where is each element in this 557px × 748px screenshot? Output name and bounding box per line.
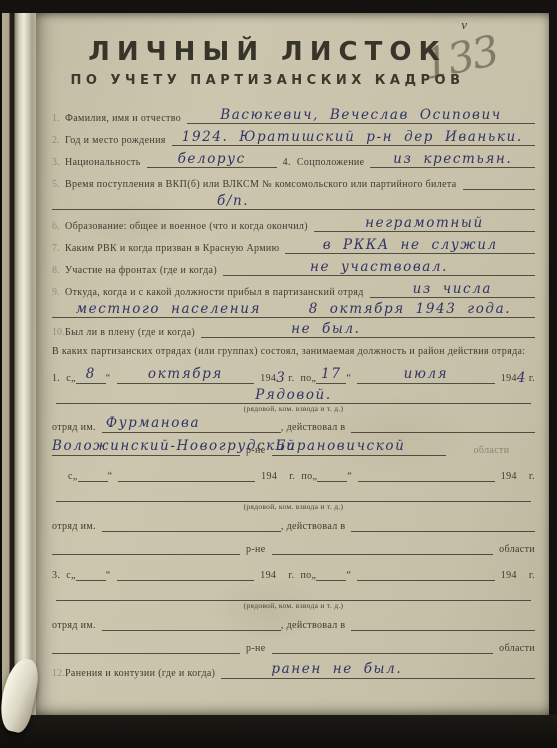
entry1-unit: отряд им. Фурманова , действовал в <box>52 413 535 433</box>
field-arrival-label: Откуда, когда и с какой должности прибыл… <box>65 287 364 298</box>
entry1-rank-line: Рядовой. <box>56 384 531 404</box>
entry2-unit-name <box>102 530 281 532</box>
field-birth-label: Год и место рождения <box>65 135 166 146</box>
entry1-to-year: 4 <box>517 372 529 386</box>
field-arrival-value2b: 8 октября 1943 года. <box>309 303 511 317</box>
scanned-document: v 133 ЛИЧНЫЙ ЛИСТОК ПО УЧЕТУ ПАРТИЗАНСКИ… <box>0 0 557 748</box>
book-gutter <box>0 10 36 722</box>
field-wounds-value: ранен не был. <box>221 663 535 679</box>
field-rvk-value: в РККА не служил <box>285 239 535 255</box>
field-arrival-value2a: местного населения <box>76 303 261 317</box>
entry2-to-month <box>358 480 495 482</box>
field-birth-value: 1924. Юратишский р-н дер Иваньки. <box>172 131 535 147</box>
entry1-region: Воложинский-Новогрудский р-не Барановичс… <box>52 433 535 456</box>
entry1-rank: Рядовой. <box>255 389 331 403</box>
scan-edge-right <box>549 0 557 748</box>
entry1-from-day: 8 <box>76 368 106 384</box>
entry2-region: р-не области <box>52 532 535 555</box>
entry1-district: Воложинский-Новогрудский <box>52 440 240 456</box>
entry3-rank-caption: (рядовой, ком. взвода и т. д.) <box>52 601 535 610</box>
entry3-to-month <box>357 579 495 581</box>
entry3-rank-line <box>56 581 531 601</box>
entry1-oblast-hw: Барановичской <box>272 440 446 456</box>
entry2-unit: отряд им. , действовал в <box>52 511 535 532</box>
field-captivity: 10. Был ли в плену (где и когда) не был. <box>52 318 535 338</box>
field-rvk-label: Каким РВК и когда призван в Красную Арми… <box>65 243 279 254</box>
field-nationality-label: Национальность <box>65 157 141 168</box>
form-title: ЛИЧНЫЙ ЛИСТОК <box>52 37 483 67</box>
form-subtitle: ПО УЧЕТУ ПАРТИЗАНСКИХ КАДРОВ <box>52 73 483 88</box>
entry3-to-day <box>316 579 346 581</box>
entry2-oblast-print: области <box>499 544 535 555</box>
entry3-from-month <box>117 579 255 581</box>
entry3-num: 3. <box>52 570 60 581</box>
field-fronts-value: не участвовал. <box>223 261 535 277</box>
field-detachments-label: В каких партизанских отрядах (или группа… <box>52 344 535 360</box>
entry2-oblast-hw <box>272 553 494 555</box>
entry1-to-month: июля <box>357 368 495 384</box>
entry1-acted-underline <box>351 431 535 433</box>
form-page: v 133 ЛИЧНЫЙ ЛИСТОК ПО УЧЕТУ ПАРТИЗАНСКИ… <box>36 13 549 715</box>
field-fronts-label: Участие на фронтах (где и когда) <box>65 265 217 276</box>
entry2-acted-underline <box>351 530 535 532</box>
form-header: ЛИЧНЫЙ ЛИСТОК ПО УЧЕТУ ПАРТИЗАНСКИХ КАДР… <box>52 37 535 88</box>
entry1-num: 1. <box>52 373 60 384</box>
field-party-value: б/п. <box>52 195 535 211</box>
entry3-unit-name <box>102 629 281 631</box>
entry2-district <box>52 553 240 555</box>
entry3-district <box>52 652 240 654</box>
entry2-dates: с „ “ 194 г. по „ “ 194 г. <box>52 456 535 482</box>
field-social-num: 4. <box>283 157 291 168</box>
field-party-dash <box>463 188 535 190</box>
field-rvk: 7. Каким РВК и когда призван в Красную А… <box>52 232 535 254</box>
entry3-oblast-print: области <box>499 643 535 654</box>
field-name: 1. Фамилия, имя и отчество Васюкевич, Ве… <box>52 102 535 124</box>
entry3-unit: отряд им. , действовал в <box>52 610 535 631</box>
field-arrival-underline: местного населения 8 октября 1943 года. <box>52 303 535 319</box>
entry2-rank-line <box>56 482 531 502</box>
entry2-rank-caption: (рядовой, ком. взвода и т. д.) <box>52 502 535 511</box>
entry1-oblast-print: области <box>474 445 510 456</box>
field-wounds: 12. Ранения и контузии (где и когда) ран… <box>52 654 535 679</box>
entry1-from-year: 3 <box>276 372 288 386</box>
entry1-unit-name: Фурманова <box>102 417 281 433</box>
field-captivity-value: не был. <box>201 323 535 339</box>
field-wounds-label: Ранения и контузии (где и когда) <box>65 668 215 679</box>
entry3-acted-underline <box>351 629 535 631</box>
field-social-value: из крестьян. <box>370 153 535 169</box>
field-party: 5. Время поступления в ВКП(б) или ВЛКСМ … <box>52 168 535 190</box>
entry1-rank-caption: (рядовой, ком. взвода и т. д.) <box>52 404 535 413</box>
entry2-to-day <box>317 480 347 482</box>
field-fronts: 8. Участие на фронтах (где и когда) не у… <box>52 254 535 276</box>
field-party-label: Время поступления в ВКП(б) или ВЛКСМ № к… <box>65 179 457 190</box>
field-name-label: Фамилия, имя и отчество <box>65 113 181 124</box>
field-captivity-label: Был ли в плену (где и когда) <box>65 327 195 338</box>
field-arrival-line2: местного населения 8 октября 1943 года. <box>52 298 535 318</box>
field-arrival: 9. Откуда, когда и с какой должности при… <box>52 276 535 298</box>
entry3-oblast-hw <box>272 652 494 654</box>
entry1-dates: 1. с „ 8 “ октября 194 3 г. по „ 17 “ ию… <box>52 360 535 384</box>
entry2-from-month <box>118 480 255 482</box>
entry3-from-day <box>76 579 106 581</box>
form-content: ЛИЧНЫЙ ЛИСТОК ПО УЧЕТУ ПАРТИЗАНСКИХ КАДР… <box>52 37 535 679</box>
scan-edge-top <box>0 0 557 13</box>
entry1-from-month: октября <box>117 368 255 384</box>
field-party-valueline: б/п. <box>52 190 535 210</box>
field-nationality-value: белорус <box>147 153 277 169</box>
field-education-label: Образование: общее и военное (что и когд… <box>65 221 308 232</box>
form-fields: 1. Фамилия, имя и отчество Васюкевич, Ве… <box>52 102 535 679</box>
field-arrival-value1: из числа <box>370 283 535 299</box>
field-nationality-social: 3. Национальность белорус 4. Соцположени… <box>52 146 535 168</box>
field-name-value: Васюкевич, Вечеслав Осипович <box>187 109 535 125</box>
entry1-to-day: 17 <box>316 368 346 384</box>
scan-edge-bottom <box>0 715 557 748</box>
entry3-dates: 3. с „ “ 194 г. по „ “ 194 г. <box>52 555 535 581</box>
field-social-label: Соцположение <box>297 157 365 168</box>
field-education: 6. Образование: общее и военное (что и к… <box>52 210 535 232</box>
field-birth: 2. Год и место рождения 1924. Юратишский… <box>52 124 535 146</box>
field-education-value: неграмотный <box>314 217 535 233</box>
entry3-region: р-не области <box>52 631 535 654</box>
entry2-from-day <box>78 480 108 482</box>
